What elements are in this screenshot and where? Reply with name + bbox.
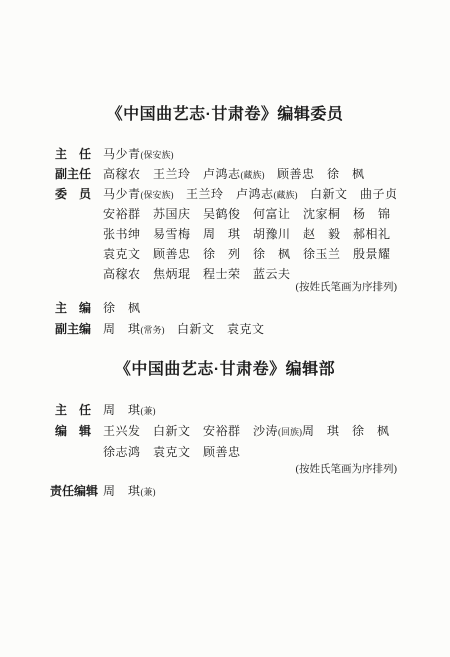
parenthetical-note: (常务)	[141, 325, 165, 335]
member-row: 袁克文 顾善忠 徐 列 徐 枫 徐玉兰 殷景耀	[0, 244, 450, 264]
parenthetical-note: (兼)	[141, 487, 156, 497]
committee-title: 《中国曲艺志·甘肃卷》编辑委员	[0, 101, 450, 124]
row-label: 委 员	[55, 184, 103, 204]
committee-editor-list: 主 编徐 枫副主编周 琪(常务) 白新文 袁克文	[0, 298, 450, 340]
row-label: 副主任	[55, 164, 103, 184]
member-row: 徐志鸿 袁克文 顾善忠	[0, 442, 450, 463]
row-names: 高稼农 焦炳琨 程士荣 蓝云夫	[103, 267, 291, 281]
member-row: 主 编徐 枫	[0, 298, 450, 319]
parenthetical-note: (回族)	[278, 427, 302, 437]
member-row: 主 任周 琪(兼)	[0, 400, 450, 421]
row-names: 周 琪(常务) 白新文 袁克文	[103, 322, 265, 336]
row-names: 马少青(保安族)	[103, 147, 174, 161]
parenthetical-note: (藏族)	[241, 170, 265, 180]
member-row: 主 任马少青(保安族)	[0, 144, 450, 164]
member-row: 编 辑王兴发 白新文 安裕群 沙涛(回族)周 琪 徐 枫	[0, 421, 450, 442]
row-names: 马少青(保安族) 王兰玲 卢鸿志(藏族) 白新文 曲子贞	[103, 187, 398, 201]
member-row: 副主任高稼农 王兰玲 卢鸿志(藏族) 顾善忠 徐 枫	[0, 164, 450, 184]
member-row: 责任编辑周 琪(兼)	[0, 481, 450, 501]
member-row: 安裕群 苏国庆 吴鹤俊 何富让 沈家桐 杨 锦	[0, 204, 450, 224]
department-title: 《中国曲艺志·甘肃卷》编辑部	[0, 356, 450, 379]
row-label: 副主编	[55, 319, 103, 340]
row-names: 王兴发 白新文 安裕群 沙涛(回族)周 琪 徐 枫	[103, 424, 390, 438]
book-page: 《中国曲艺志·甘肃卷》编辑委员 主 任马少青(保安族)副主任高稼农 王兰玲 卢鸿…	[0, 0, 450, 657]
row-label: 主 任	[55, 144, 103, 164]
member-row: 副主编周 琪(常务) 白新文 袁克文	[0, 319, 450, 340]
row-names: 周 琪(兼)	[103, 403, 156, 417]
committee-sort-note: (按姓氏笔画为序排列)	[296, 279, 398, 294]
row-label: 主 任	[55, 400, 103, 421]
row-names: 徐志鸿 袁克文 顾善忠	[103, 445, 241, 459]
row-names: 安裕群 苏国庆 吴鹤俊 何富让 沈家桐 杨 锦	[103, 207, 391, 221]
parenthetical-note: (保安族)	[141, 150, 174, 160]
row-label: 编 辑	[55, 421, 103, 442]
department-staff-list: 主 任周 琪(兼)编 辑王兴发 白新文 安裕群 沙涛(回族)周 琪 徐 枫徐志鸿…	[0, 400, 450, 463]
department-sort-note: (按姓氏笔画为序排列)	[296, 461, 398, 476]
responsible-editor-row: 责任编辑周 琪(兼)	[0, 481, 450, 501]
committee-member-list: 主 任马少青(保安族)副主任高稼农 王兰玲 卢鸿志(藏族) 顾善忠 徐 枫委 员…	[0, 144, 450, 284]
parenthetical-note: (藏族)	[274, 190, 298, 200]
row-label: 主 编	[55, 298, 103, 319]
member-row: 委 员马少青(保安族) 王兰玲 卢鸿志(藏族) 白新文 曲子贞	[0, 184, 450, 204]
row-names: 高稼农 王兰玲 卢鸿志(藏族) 顾善忠 徐 枫	[103, 167, 365, 181]
parenthetical-note: (保安族)	[141, 190, 174, 200]
row-names: 张书绅 易雪梅 周 琪 胡豫川 赵 毅 郝相礼	[103, 227, 391, 241]
member-row: 张书绅 易雪梅 周 琪 胡豫川 赵 毅 郝相礼	[0, 224, 450, 244]
parenthetical-note: (兼)	[141, 406, 156, 416]
row-label: 责任编辑	[50, 481, 103, 501]
row-names: 徐 枫	[103, 301, 141, 315]
row-names: 周 琪(兼)	[103, 484, 156, 498]
row-names: 袁克文 顾善忠 徐 列 徐 枫 徐玉兰 殷景耀	[103, 247, 391, 261]
